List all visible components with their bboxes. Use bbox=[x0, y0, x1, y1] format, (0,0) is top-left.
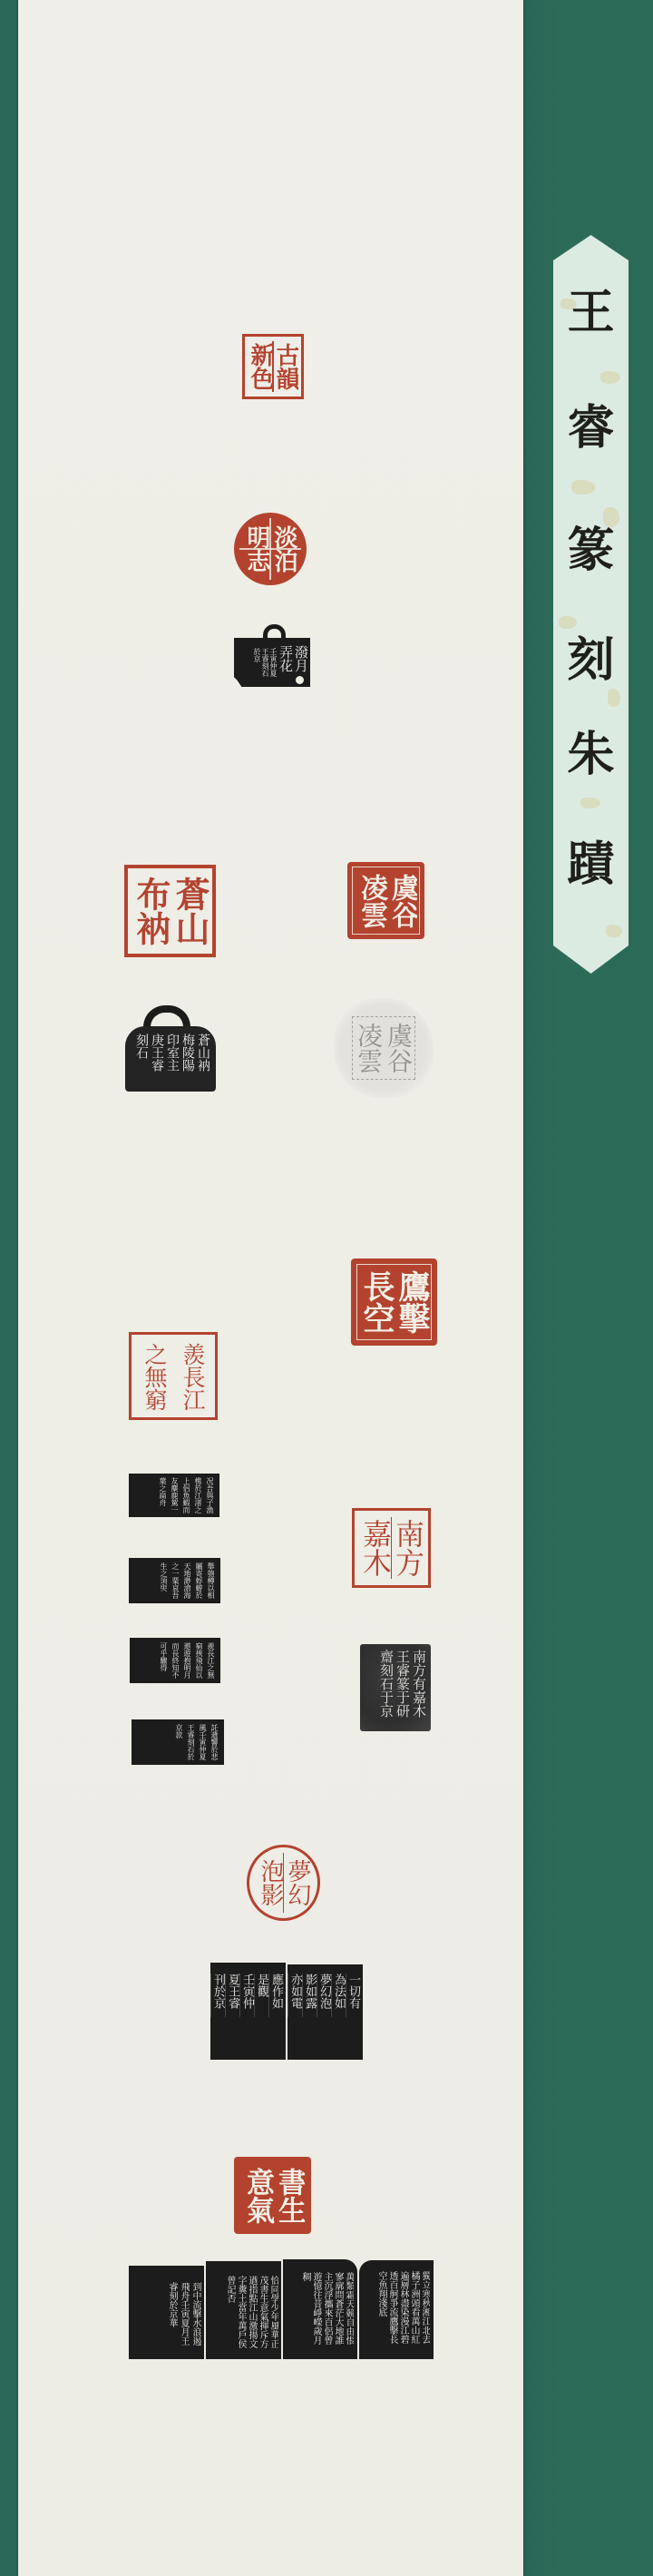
rubbing-panel-left: 應作如 是觀 壬寅仲 夏王睿 刊於京 bbox=[210, 1963, 286, 2060]
rubbing-panel-2: 恰同學少年風華正茂書生意氣揮斥方遒指點江山激揚文字糞土當年萬戶侯曾記否 bbox=[206, 2261, 281, 2359]
rubbing-strip: 况吾與子漁樵於江渚之上侶魚蝦而友麋鹿駕一葉之扁舟 bbox=[129, 1474, 219, 1517]
inscription-column: 為法如 bbox=[331, 1974, 346, 2017]
gold-fleck bbox=[608, 689, 620, 707]
seal-shusheng: 書生意氣 bbox=[234, 2157, 311, 2234]
seal-cangshan: 蒼山布衲 bbox=[124, 865, 216, 957]
inscription-column: 是觀 bbox=[254, 1974, 268, 2017]
strip-text: 况吾與子漁樵於江渚之上侶魚蝦而友麋鹿駕一葉之扁舟 bbox=[132, 1477, 216, 1514]
label-char: 睿 bbox=[553, 402, 629, 455]
inscription-column: 刊於京 bbox=[210, 1974, 225, 2017]
seal-text: 書生意氣 bbox=[240, 2163, 305, 2228]
rubbing-text: 獨立寒秋湘江北去橘子洲頭看萬山紅遍層林盡染漫江碧透百舸爭流鷹擊長空魚翔淺底 bbox=[363, 2271, 430, 2347]
rubbing-text: 蒼山衲梅陵陽印室主庚王睿刻石 bbox=[132, 1033, 210, 1082]
title-label: 王 睿 篆 刻 朱 蹟 bbox=[553, 235, 629, 974]
rubbing-panel-right: 一切有 為法如 夢幻泡 影如露 亦如電 bbox=[288, 1964, 363, 2060]
rubbing-inscription: 壬寅仲夏王睿刻石於京 bbox=[239, 648, 278, 677]
rubbing-strip: 舉匏樽以相屬寄蜉蝣於天地渺滄海之一粟哀吾生之須臾 bbox=[129, 1558, 220, 1603]
inscription-column: 影如露 bbox=[302, 1974, 317, 2017]
seal-menghuan: 夢幻泡影 bbox=[247, 1845, 320, 1921]
seal-nanfang: 南方嘉木 bbox=[352, 1508, 431, 1588]
rubbing-text: 到中流擊水浪遏飛舟壬寅夏月王睿刻於京華 bbox=[141, 2282, 201, 2346]
impression-yugu: 虞谷凌雲 bbox=[334, 998, 434, 1098]
inscription-column: 夏王睿 bbox=[225, 1974, 239, 2017]
strip-text: 託遺響於悲風壬寅仲夏王睿刻石於京款 bbox=[148, 1724, 220, 1761]
gold-fleck bbox=[559, 616, 577, 629]
inscription-column: 壬寅仲 bbox=[239, 1974, 254, 2017]
seal-text: 羨長江之無窮 bbox=[135, 1338, 211, 1415]
seal-xian: 羨長江之無窮 bbox=[129, 1332, 218, 1420]
label-char: 王 bbox=[553, 287, 629, 339]
seal-text: 淡泊明志 bbox=[243, 522, 297, 576]
label-char: 篆 bbox=[553, 524, 629, 577]
gold-fleck bbox=[580, 798, 600, 808]
scroll-mount-left bbox=[0, 0, 18, 2576]
label-char: 朱 bbox=[553, 729, 629, 781]
rubbing-panel-4: 獨立寒秋湘江北去橘子洲頭看萬山紅遍層林盡染漫江碧透百舸爭流鷹擊長空魚翔淺底 bbox=[359, 2260, 434, 2359]
rubbing-cangshan: 蒼山衲梅陵陽印室主庚王睿刻石 bbox=[125, 1026, 216, 1092]
seal-yingji: 鷹擊長空 bbox=[351, 1259, 437, 1346]
gold-fleck bbox=[600, 371, 620, 384]
inscription-columns: 一切有 為法如 夢幻泡 影如露 亦如電 bbox=[288, 1974, 360, 2017]
seal-text: 鷹擊長空 bbox=[358, 1266, 430, 1338]
gold-fleck bbox=[571, 480, 595, 495]
gold-fleck bbox=[606, 925, 622, 937]
inscription-column: 亦如電 bbox=[288, 1974, 302, 2017]
inscription-column: 一切有 bbox=[346, 1974, 360, 2017]
seal-danbo: 淡泊明志 bbox=[234, 513, 307, 585]
inscription-column: 夢幻泡 bbox=[317, 1974, 331, 2017]
rubbing-notch bbox=[296, 676, 304, 684]
seal-yugu: 虞谷凌雲 bbox=[347, 862, 424, 939]
strip-text: 舉匏樽以相屬寄蜉蝣於天地渺滄海之一粟哀吾生之須臾 bbox=[132, 1562, 217, 1600]
strip-text: 羨長江之無窮挾飛仙以遨遊抱明月而長終知不可乎驟得 bbox=[133, 1642, 217, 1680]
rubbing-panel-3: 萬類霜天競自由悵寥廓問蒼茫大地誰主沉浮攜來百侶曾遊憶往昔崢嶸歲月稠 bbox=[283, 2259, 357, 2359]
rubbing-text: 恰同學少年風華正茂書生意氣揮斥方遒指點江山激揚文字糞土當年萬戶侯曾記否 bbox=[210, 2276, 278, 2348]
rubbing-nanfang: 南方有嘉木王睿篆于研齋刻石于京 bbox=[360, 1644, 431, 1731]
impression-text: 虞谷凌雲 bbox=[354, 1018, 414, 1078]
label-char: 蹟 bbox=[553, 838, 629, 891]
seal-text: 蒼山布衲 bbox=[132, 872, 210, 950]
seal-text: 虞谷凌雲 bbox=[355, 869, 417, 932]
seal-text: 夢幻泡影 bbox=[257, 1855, 311, 1911]
seal-knob-rubbing bbox=[263, 624, 286, 640]
inscription-columns: 應作如 是觀 壬寅仲 夏王睿 刊於京 bbox=[210, 1974, 283, 2017]
rubbing-main-text: 潑月弄花 bbox=[278, 645, 308, 676]
seal-text: 古韻新色 bbox=[248, 339, 298, 394]
seal-text: 南方嘉木 bbox=[358, 1514, 424, 1582]
rubbing-panel-1: 到中流擊水浪遏飛舟壬寅夏月王睿刻於京華 bbox=[129, 2266, 204, 2359]
seal-guyun: 古韻新色 bbox=[242, 334, 304, 399]
rubbing-strip: 羨長江之無窮挾飛仙以遨遊抱明月而長終知不可乎驟得 bbox=[130, 1638, 220, 1683]
rubbing-text: 萬類霜天競自由悵寥廓問蒼茫大地誰主沉浮攜來百侶曾遊憶往昔崢嶸歲月稠 bbox=[287, 2272, 354, 2348]
label-char: 刻 bbox=[553, 634, 629, 687]
rubbing-text: 南方有嘉木王睿篆于研齋刻石于京 bbox=[364, 1650, 427, 1728]
rubbing-strip: 託遺響於悲風壬寅仲夏王睿刻石於京款 bbox=[132, 1719, 224, 1765]
inscription-column: 應作如 bbox=[268, 1974, 283, 2017]
